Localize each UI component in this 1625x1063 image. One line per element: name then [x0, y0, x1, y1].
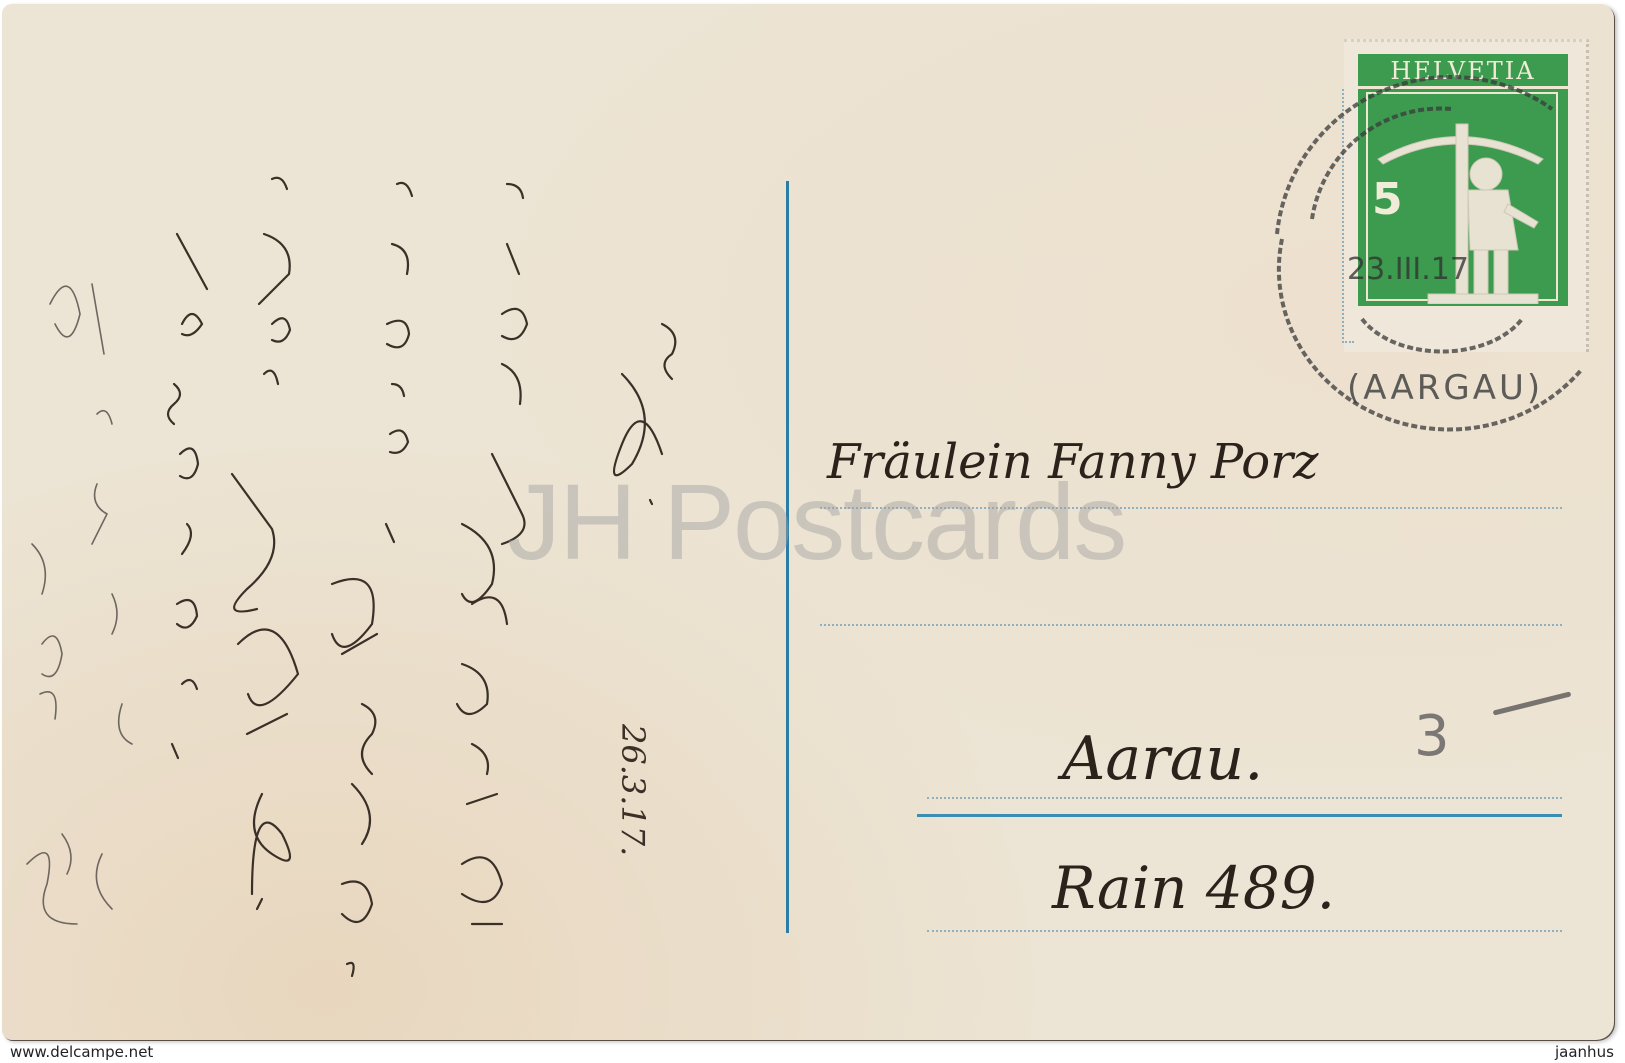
address-street: Rain 489. — [1052, 854, 1335, 922]
address-recipient: Fräulein Fanny Porz — [827, 434, 1318, 490]
address-city: Aarau. — [1062, 724, 1263, 794]
postmark-date: 23.III.17 — [1347, 252, 1469, 287]
postmark-region: (AARGAU) — [1347, 368, 1543, 408]
message-date: 26.3.17. — [614, 724, 652, 856]
postmark: (AARGAU) 23.III.17 — [1252, 69, 1622, 439]
footer-source: www.delcampe.net — [10, 1043, 153, 1061]
footer-credit: jaanhus — [1555, 1043, 1614, 1061]
address-underline-solid — [917, 814, 1562, 817]
postcard: 26.3.17. HELVETIA 5 — [2, 4, 1614, 1040]
pencil-stroke — [1493, 691, 1572, 715]
pencil-note: 3 — [1414, 704, 1450, 769]
address-line-2-dotted — [820, 624, 1562, 626]
address-line-4-dotted — [927, 930, 1562, 932]
address-line-3-dotted — [927, 797, 1562, 799]
